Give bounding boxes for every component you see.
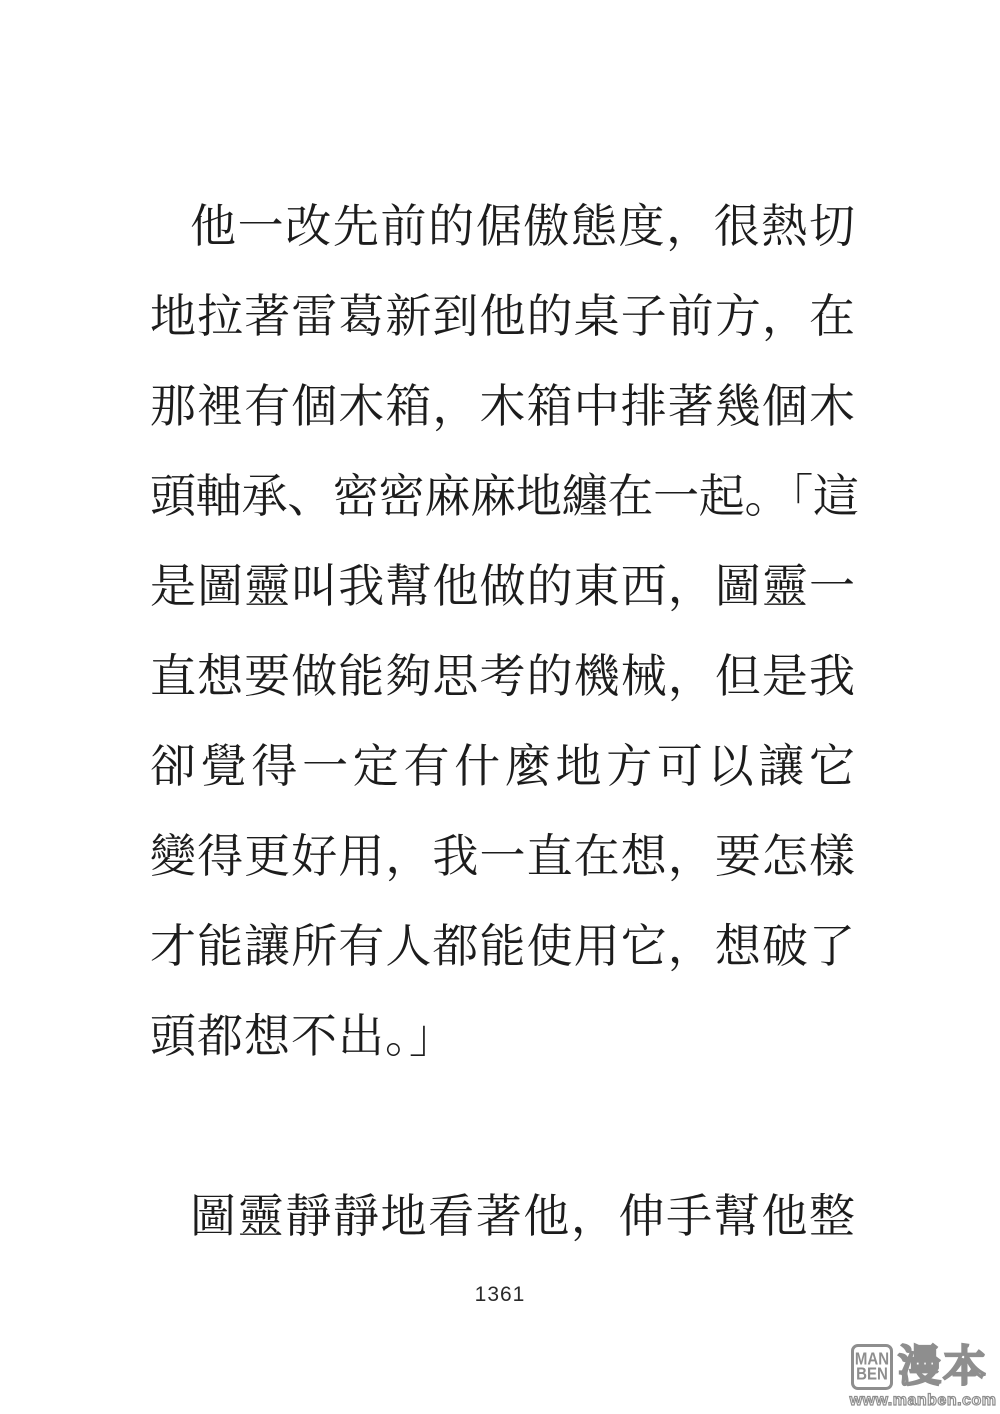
text-line: 是圖靈叫我幫他做的東西，圖靈一 [150,541,856,631]
paragraph: 圖靈靜靜地看著他，伸手幫他整 [150,1171,856,1261]
text-line: 地拉著雷葛新到他的桌子前方，在 [150,271,856,361]
document-page: 他一改先前的倨傲態度，很熱切 地拉著雷葛新到他的桌子前方，在 那裡有個木箱，木箱… [0,0,1000,1414]
text-line: 變得更好用，我一直在想，要怎樣 [150,811,856,901]
text-line: 頭都想不出。」 [150,991,856,1081]
text-line: 那裡有個木箱，木箱中排著幾個木 [150,361,856,451]
manben-logo-box-text-bottom: BEN [856,1366,888,1383]
text-line: 卻覺得一定有什麼地方可以讓它 [150,721,856,811]
manben-logo: MAN BEN 漫本 [848,1344,998,1390]
page-text: 他一改先前的倨傲態度，很熱切 地拉著雷葛新到他的桌子前方，在 那裡有個木箱，木箱… [150,181,856,1261]
text-line: 圖靈靜靜地看著他，伸手幫他整 [150,1171,856,1261]
text-line: 才能讓所有人都能使用它，想破了 [150,901,856,991]
manben-logo-box-icon: MAN BEN [851,1344,893,1390]
manben-logo-name: 漫本 [898,1346,988,1389]
text-line: 他一改先前的倨傲態度，很熱切 [150,181,856,271]
manben-watermark: MAN BEN 漫本 www.manben.com [848,1344,998,1410]
text-line: 頭軸承、密密麻麻地纏在一起。「這 [150,451,856,541]
manben-logo-url: www.manben.com [848,1392,998,1410]
page-number: 1361 [0,1283,1000,1307]
paragraph: 他一改先前的倨傲態度，很熱切 地拉著雷葛新到他的桌子前方，在 那裡有個木箱，木箱… [150,181,856,1081]
text-line: 直想要做能夠思考的機械，但是我 [150,631,856,721]
